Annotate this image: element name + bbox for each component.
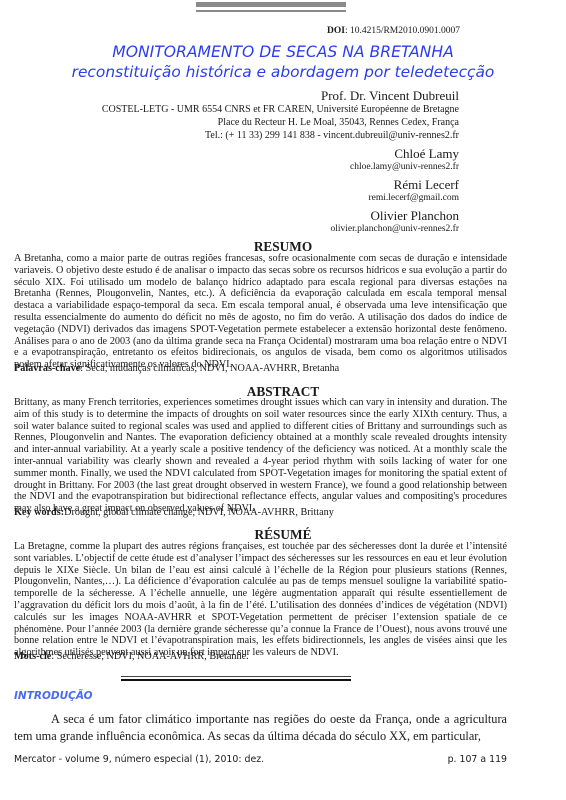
resumo-keywords: Palavras-chave: Seca, mudanças climática… [14, 363, 507, 375]
author-affiliation-line: COSTEL-LETG - UMR 6554 CNRS et FR CAREN,… [102, 103, 459, 116]
author-name: Rémi Lecerf [368, 177, 459, 192]
abstract-keywords: Key words:Drought, global climate change… [14, 507, 507, 519]
resume-keywords: Mots-clé: Sécheresse, NDVI, NOAA-AVHRR, … [14, 651, 507, 663]
title-main: MONITORAMENTO DE SECAS NA BRETANHA [0, 42, 566, 62]
paper-title: MONITORAMENTO DE SECAS NA BRETANHA recon… [0, 42, 566, 82]
keywords-label: Key words: [14, 507, 64, 518]
author-name: Chloé Lamy [350, 146, 459, 161]
footer-pages: p. 107 a 119 [448, 754, 507, 765]
author-contact-line: Tel.: (+ 11 33) 299 141 838 - vincent.du… [102, 129, 459, 142]
keywords-label: Mots-clé [14, 651, 51, 662]
header-rule-thin [196, 10, 346, 12]
introduction-heading: INTRODUÇÃO [14, 690, 93, 702]
header-rule-thick [196, 2, 346, 7]
section-divider-thin [121, 676, 351, 677]
page-footer: Mercator - volume 9, número especial (1)… [14, 754, 507, 765]
keywords-value: : Seca, mudanças climáticas, NDVI, NOAA-… [80, 363, 339, 374]
introduction-text-content: A seca é um fator climático importante n… [14, 712, 507, 743]
author-name: Prof. Dr. Vincent Dubreuil [102, 88, 459, 103]
author-planchon: Olivier Planchon olivier.planchon@univ-r… [330, 208, 459, 235]
doi: DOI: 10.4215/RM2010.0901.0007 [327, 26, 460, 36]
keywords-value: Drought, global climate change, NDVI, NO… [64, 507, 334, 518]
author-affiliation-line: Place du Recteur H. Le Moal, 35043, Renn… [102, 116, 459, 129]
author-dubreuil: Prof. Dr. Vincent Dubreuil COSTEL-LETG -… [102, 88, 459, 142]
resumo-text: A Bretanha, como a maior parte de outras… [14, 253, 507, 371]
abstract-text: Brittany, as many French territories, ex… [14, 397, 507, 515]
doi-value: : 10.4215/RM2010.0901.0007 [345, 26, 460, 36]
section-divider-thick [121, 679, 351, 681]
title-subtitle: reconstituição histórica e abordagem por… [0, 62, 566, 82]
author-email[interactable]: remi.lecerf@gmail.com [368, 192, 459, 204]
author-email[interactable]: chloe.lamy@univ-rennes2.fr [350, 161, 459, 173]
doi-label: DOI [327, 26, 345, 36]
introduction-text: A seca é um fator climático importante n… [14, 711, 507, 744]
author-email[interactable]: olivier.planchon@univ-rennes2.fr [330, 223, 459, 235]
author-lamy: Chloé Lamy chloe.lamy@univ-rennes2.fr [350, 146, 459, 173]
resume-text: La Bretagne, comme la plupart des autres… [14, 541, 507, 659]
author-lecerf: Rémi Lecerf remi.lecerf@gmail.com [368, 177, 459, 204]
keywords-value: : Sécheresse, NDVI, NOAA-AVHRR, Bretanhe… [51, 651, 248, 662]
author-name: Olivier Planchon [330, 208, 459, 223]
footer-journal: Mercator - volume 9, número especial (1)… [14, 754, 264, 765]
keywords-label: Palavras-chave [14, 363, 80, 374]
